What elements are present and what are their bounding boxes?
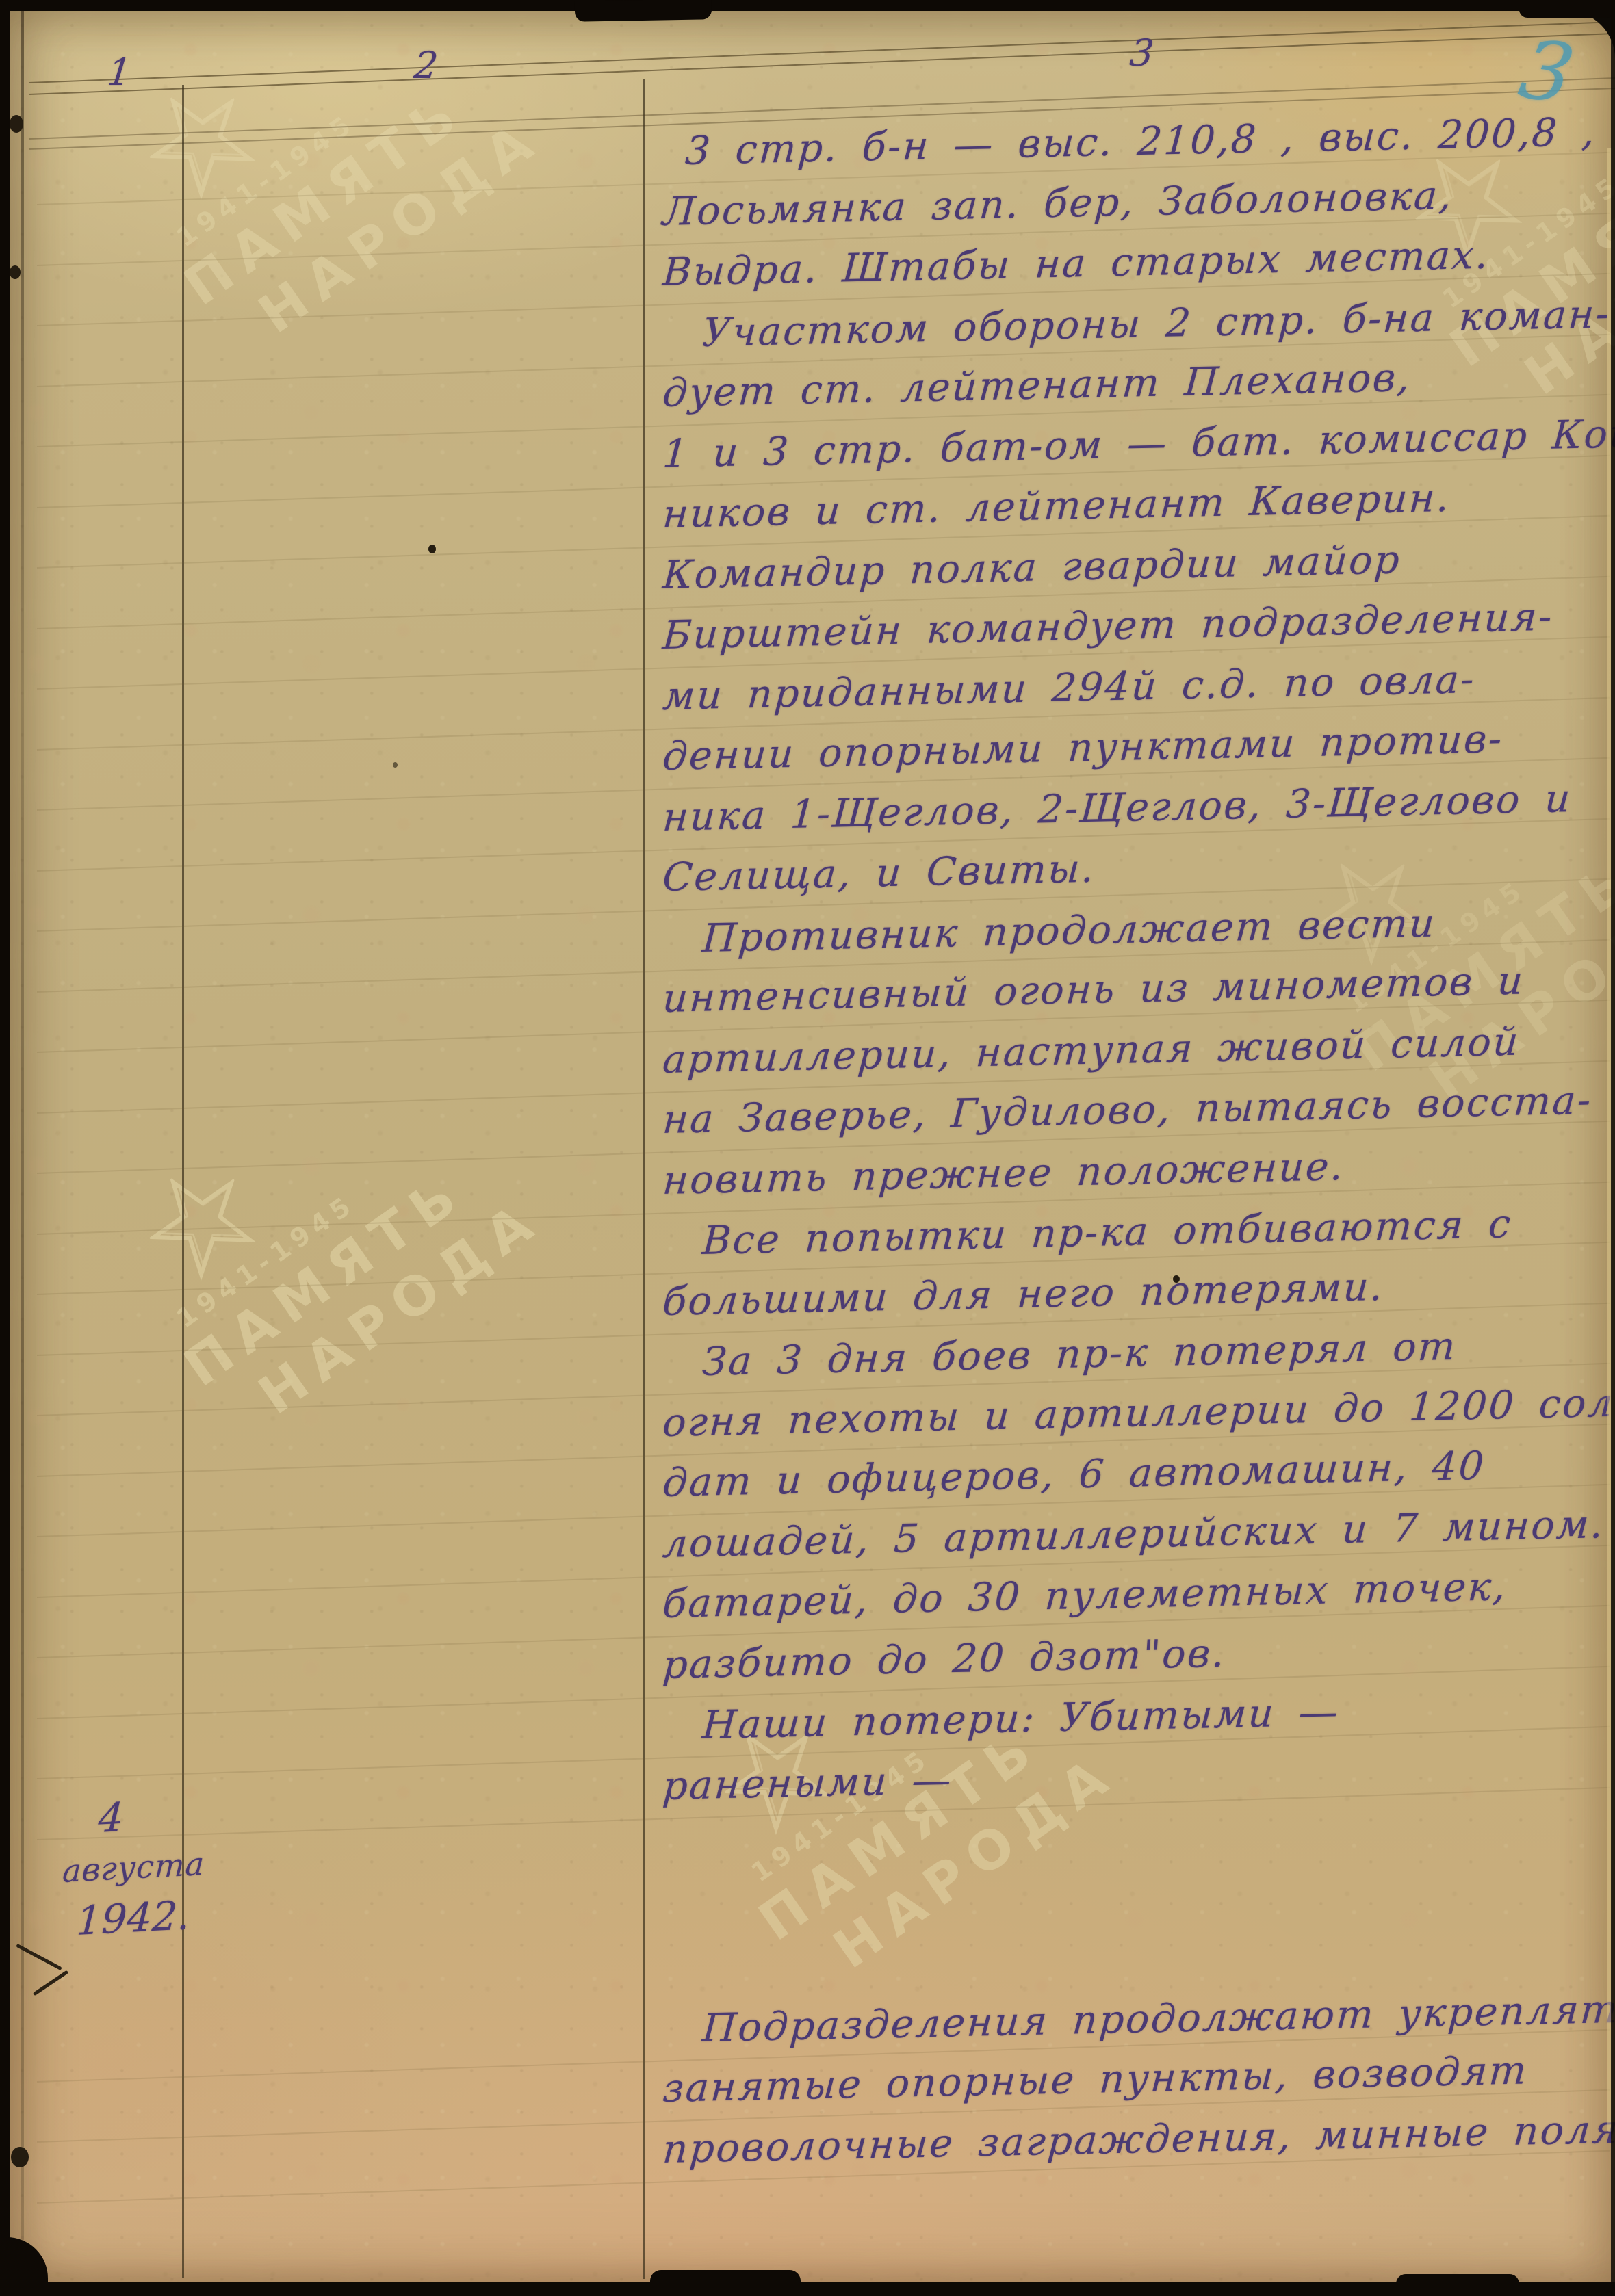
margin-date-year: 1942. <box>75 1892 191 1944</box>
binding-hole <box>10 265 21 279</box>
handwriting-line: Противник продолжает вести <box>701 898 1438 964</box>
binding-hole <box>11 2147 29 2167</box>
handwriting-line: лошадей, 5 артиллерийских и 7 мином. <box>661 1499 1606 1569</box>
watermark-years: 1941-1945 <box>171 1188 361 1334</box>
margin-date-day: 4 <box>97 1794 125 1842</box>
watermark-title-line2: НАРОДА <box>247 105 554 348</box>
handwriting-line: Подразделения продолжают укреплять <box>701 1983 1615 2054</box>
column-number-2: 2 <box>412 44 440 87</box>
column-rule-left <box>182 85 184 2278</box>
scan-edge-right-sliver <box>1611 0 1615 2296</box>
ink-speck <box>428 545 436 553</box>
scan-edge-bottom <box>0 2282 1615 2296</box>
scanned-war-diary-page: 1941-1945ПАМЯТЬНАРОДА1941-1945ПАМЯТЬНАРО… <box>0 0 1615 2296</box>
scan-edge-top-notch <box>575 0 712 22</box>
header-rule-top-a <box>29 21 1615 83</box>
ink-speck <box>1173 1275 1180 1283</box>
paper-sheet: 1941-1945ПАМЯТЬНАРОДА1941-1945ПАМЯТЬНАРО… <box>10 11 1615 2284</box>
handwriting-line: новить прежнее положение. <box>661 1141 1346 1206</box>
column-number-1: 1 <box>105 51 133 94</box>
handwriting-line: проволочные заграждения, минные поля. <box>661 2104 1615 2175</box>
handwriting-line: За 3 дня боев пр-к потерял от <box>701 1321 1458 1387</box>
binding-hole <box>10 115 23 133</box>
handwriting-line: Все попытки пр-ка отбиваются с <box>701 1199 1514 1266</box>
binding-thread <box>33 1970 69 1996</box>
handwriting-line: Селища, и Свиты. <box>661 844 1097 903</box>
handwriting-line: огня пехоты и артиллерии до 1200 сол- <box>661 1377 1615 1448</box>
margin-date-month: августа <box>62 1845 205 1890</box>
star-icon <box>129 1149 272 1292</box>
handwriting-line: большими для него потерями. <box>661 1261 1386 1327</box>
ink-speck <box>393 762 398 768</box>
scan-edge-left <box>0 0 10 2296</box>
scan-edge-top <box>0 0 1615 11</box>
scan-edge-top-notch <box>1519 0 1615 18</box>
scan-edge-bottom-bump <box>1396 2274 1519 2296</box>
handwriting-line: ника 1-Щеглов, 2-Щеглов, 3-Щеглово и <box>661 773 1573 843</box>
torn-left-edge <box>21 11 24 2284</box>
column-rule-right <box>643 79 645 2279</box>
watermark-title-line1: ПАМЯТЬ <box>172 1159 478 1400</box>
scan-edge-bottom-bump <box>650 2270 801 2296</box>
column-number-3: 3 <box>1128 31 1156 75</box>
watermark-title-line2: НАРОДА <box>1513 166 1615 409</box>
handwriting-line: Наши потери: Убитыми — <box>701 1686 1341 1751</box>
handwriting-line: 1 и 3 стр. бат-ом — бат. комиссар Кошев- <box>661 406 1615 479</box>
handwriting-line: 3 стр. б-н — выс. 210,8 , выс. 200,8 , р… <box>684 104 1615 177</box>
memory-watermark: 1941-1945ПАМЯТЬНАРОДА <box>93 1019 554 1454</box>
handwriting-line: на Заверье, Гудилово, пытаясь восста- <box>661 1075 1594 1145</box>
handwriting-line: Бирштейн командует подразделения- <box>661 592 1555 661</box>
handwriting-line: ранеными — <box>661 1755 955 1812</box>
